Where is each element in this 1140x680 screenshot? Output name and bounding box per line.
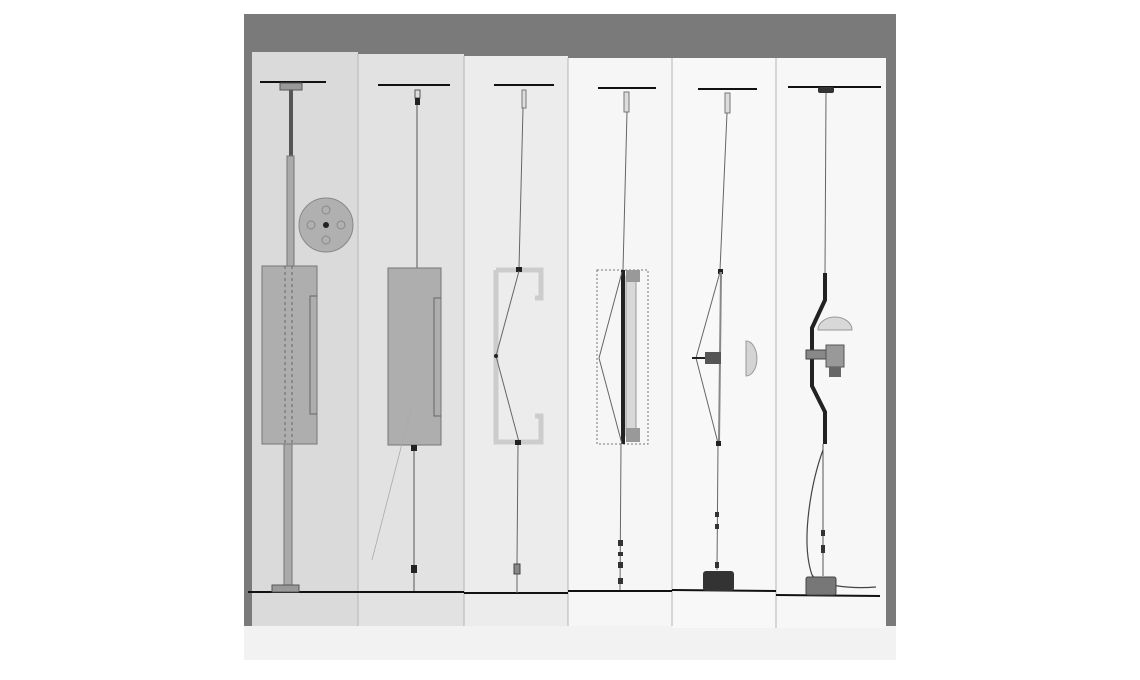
- paper-panels: [252, 52, 886, 628]
- lamp-drawings: [0, 0, 1140, 680]
